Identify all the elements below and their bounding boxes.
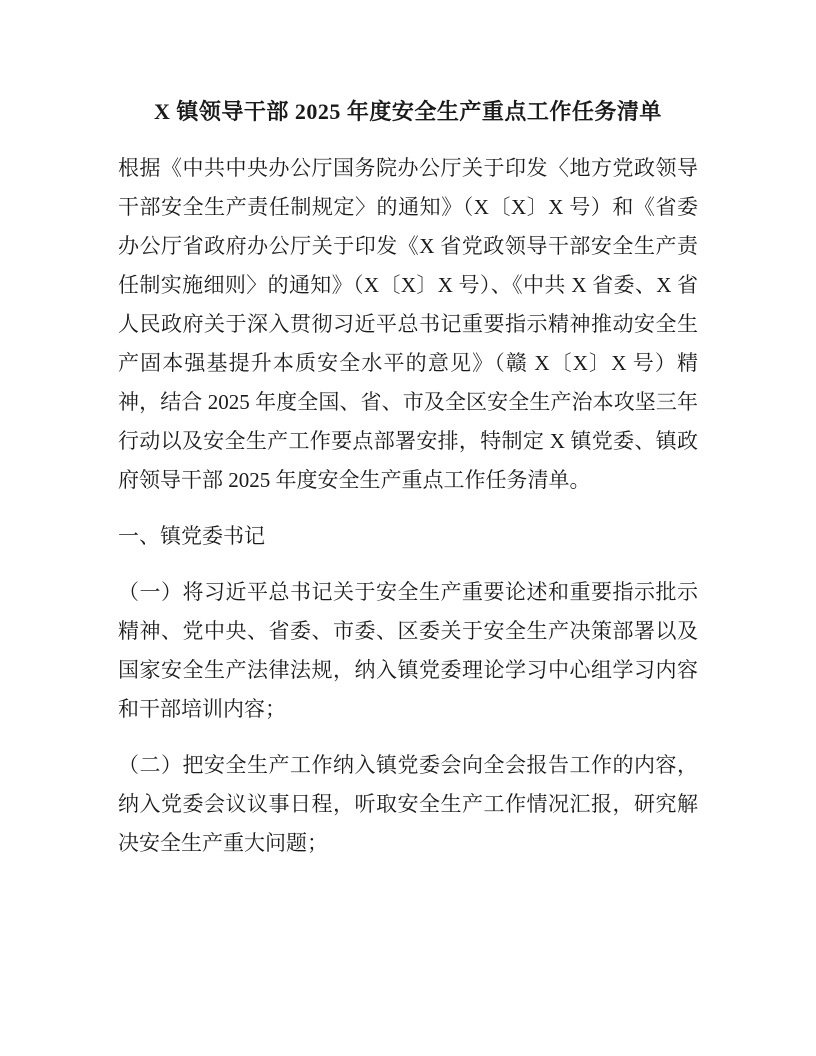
task-item-2: （二）把安全生产工作纳入镇党委会向全会报告工作的内容，纳入党委会议议事日程，听取… <box>118 746 698 863</box>
task-item-1: （一）将习近平总书记关于安全生产重要论述和重要指示批示精神、党中央、省委、市委、… <box>118 573 698 729</box>
section-heading: 一、镇党委书记 <box>118 517 698 556</box>
intro-paragraph: 根据《中共中央办公厅国务院办公厅关于印发〈地方党政领导干部安全生产责任制规定〉的… <box>118 149 698 500</box>
document-title: X 镇领导干部 2025 年度安全生产重点工作任务清单 <box>118 92 698 131</box>
document-page: X 镇领导干部 2025 年度安全生产重点工作任务清单 根据《中共中央办公厅国务… <box>0 0 816 1056</box>
